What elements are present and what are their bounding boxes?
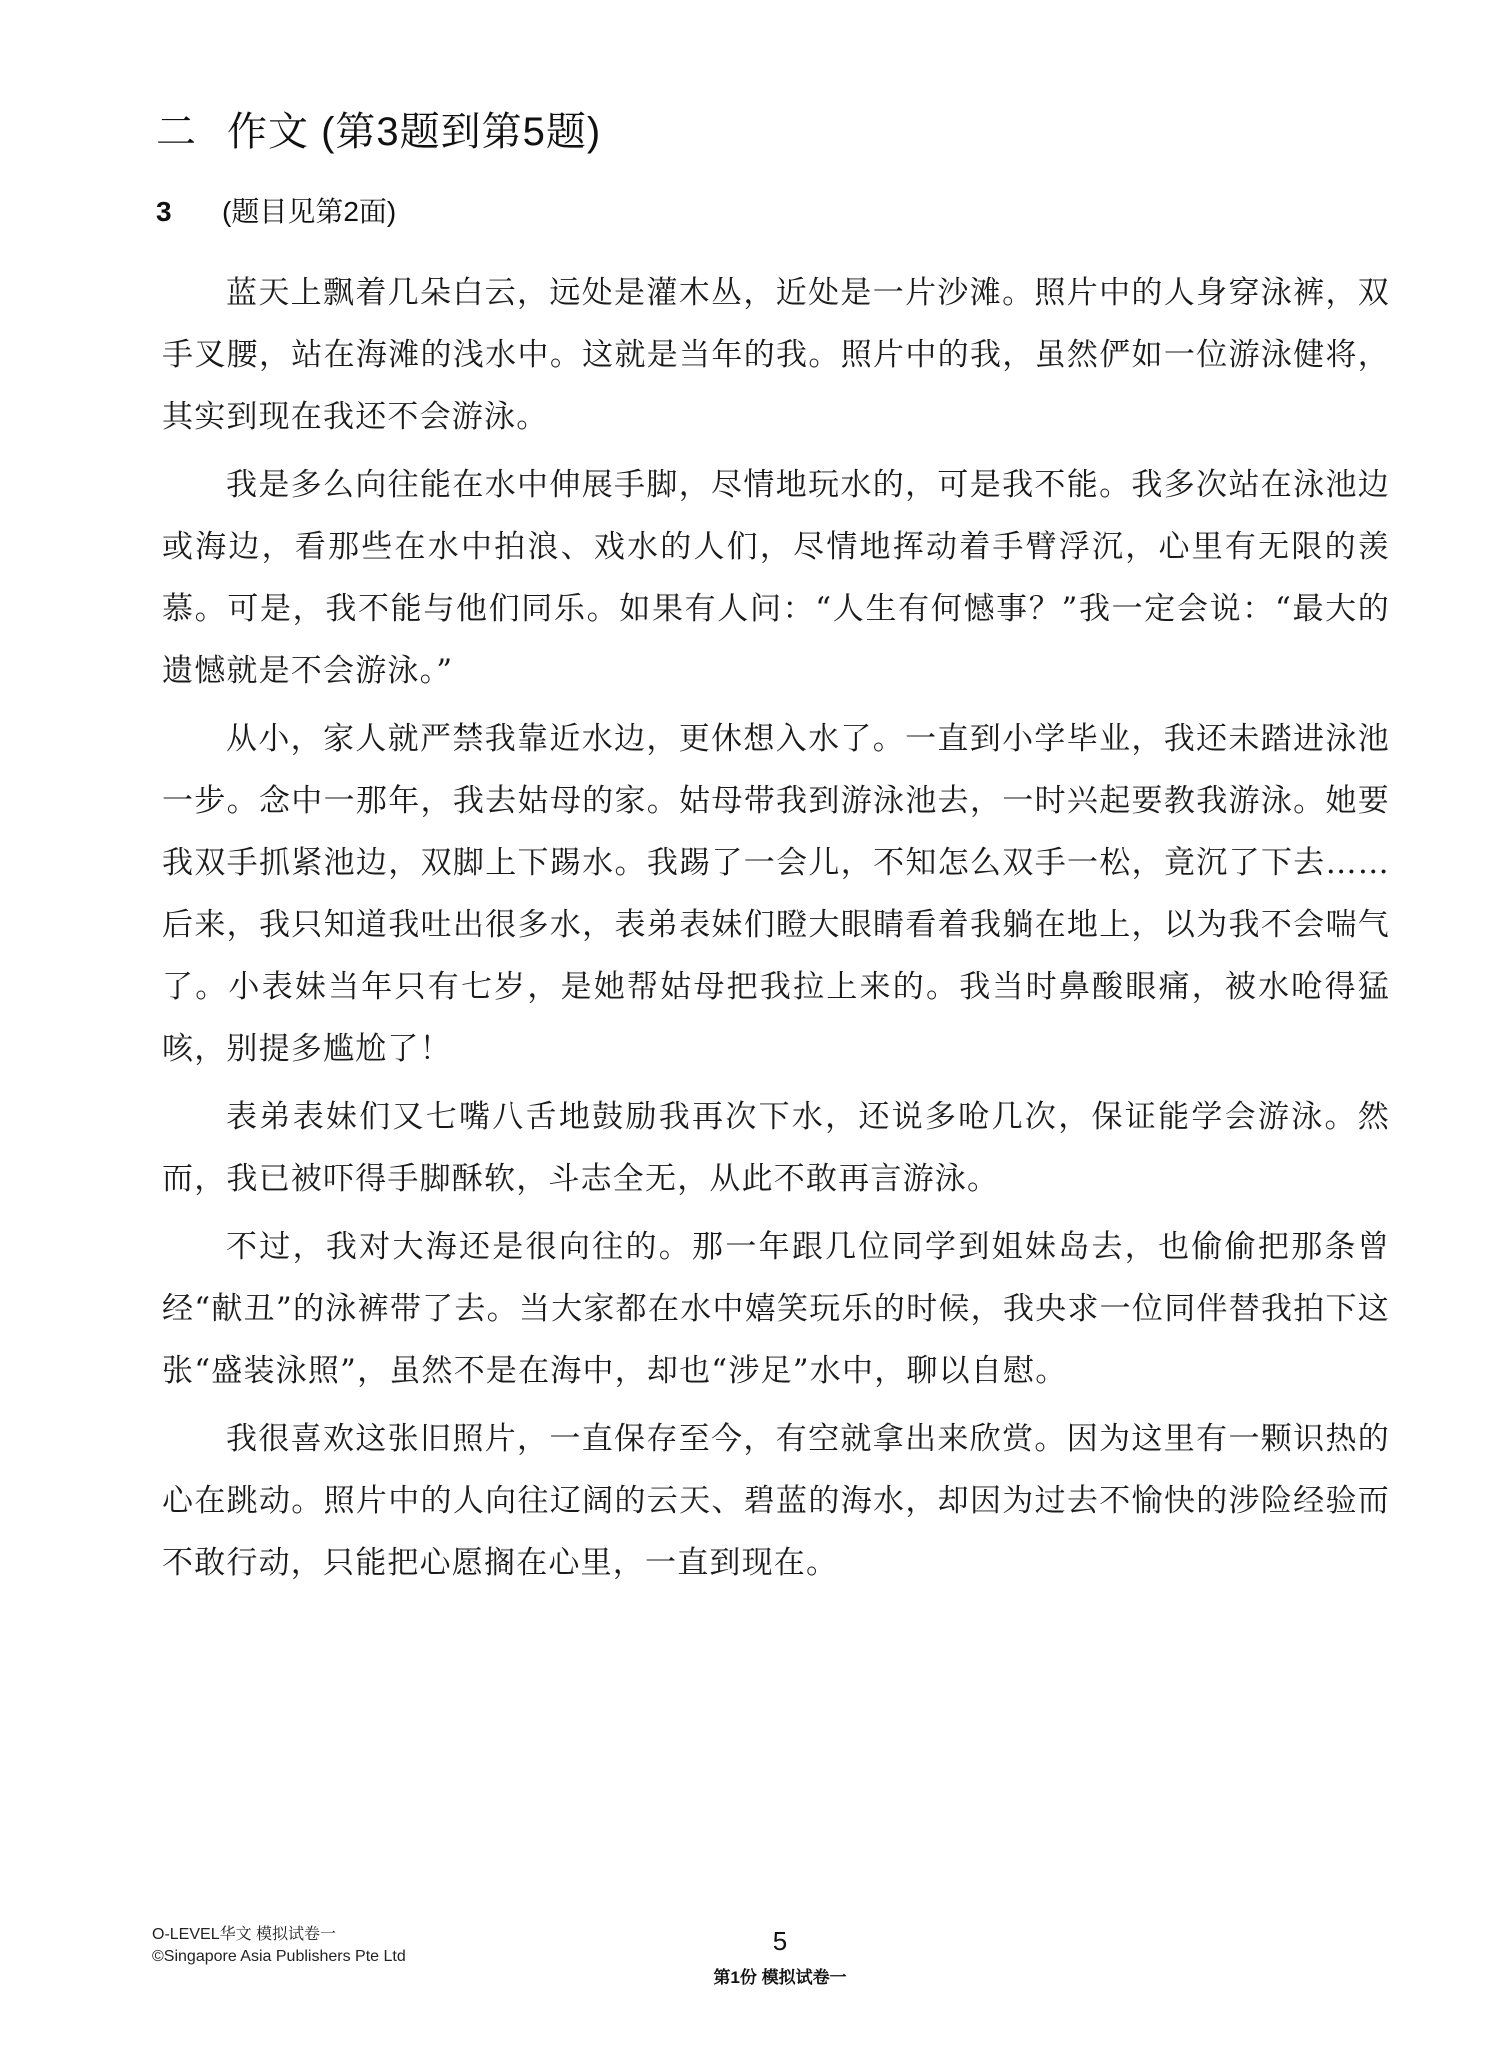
section-title: 作文 (第3题到第5题) [227, 110, 601, 154]
page-number: 5 [640, 1926, 920, 1956]
essay-paragraph-5: 不过，我对大海还是很向往的。那一年跟几位同学到姐妹岛去，也偷偷把那条曾经“献丑”… [162, 1216, 1390, 1402]
essay-body: 蓝天上飘着几朵白云，远处是灌木丛，近处是一片沙滩。照片中的人身穿泳裤，双手叉腰，… [162, 262, 1390, 1600]
footer-publisher-info: O-LEVEL华文 模拟试卷一 ©Singapore Asia Publishe… [152, 1924, 406, 1968]
question-heading: 3(题目见第2面) [156, 190, 396, 230]
question-number: 3 [156, 196, 222, 228]
essay-paragraph-6: 我很喜欢这张旧照片，一直保存至今，有空就拿出来欣赏。因为这里有一颗识热的心在跳动… [162, 1408, 1390, 1594]
question-reference: (题目见第2面) [222, 196, 396, 227]
essay-paragraph-2: 我是多么向往能在水中伸展手脚，尽情地玩水的，可是我不能。我多次站在泳池边或海边，… [162, 454, 1390, 702]
essay-paragraph-3: 从小，家人就严禁我靠近水边，更休想入水了。一直到小学毕业，我还未踏进泳池一步。念… [162, 708, 1390, 1080]
essay-paragraph-1: 蓝天上飘着几朵白云，远处是灌木丛，近处是一片沙滩。照片中的人身穿泳裤，双手叉腰，… [162, 262, 1390, 448]
document-page: 二作文 (第3题到第5题) 3(题目见第2面) 蓝天上飘着几朵白云，远处是灌木丛… [0, 0, 1504, 2057]
section-heading: 二作文 (第3题到第5题) [156, 100, 601, 157]
footer-copyright: ©Singapore Asia Publishers Pte Ltd [152, 1946, 406, 1968]
paper-label: 第1份 模拟试卷一 [640, 1966, 920, 1990]
section-number: 二 [156, 110, 197, 154]
essay-paragraph-4: 表弟表妹们又七嘴八舌地鼓励我再次下水，还说多呛几次，保证能学会游泳。然而，我已被… [162, 1086, 1390, 1210]
footer-book-title: O-LEVEL华文 模拟试卷一 [152, 1924, 406, 1946]
footer-page-info: 5 第1份 模拟试卷一 [640, 1926, 920, 1990]
